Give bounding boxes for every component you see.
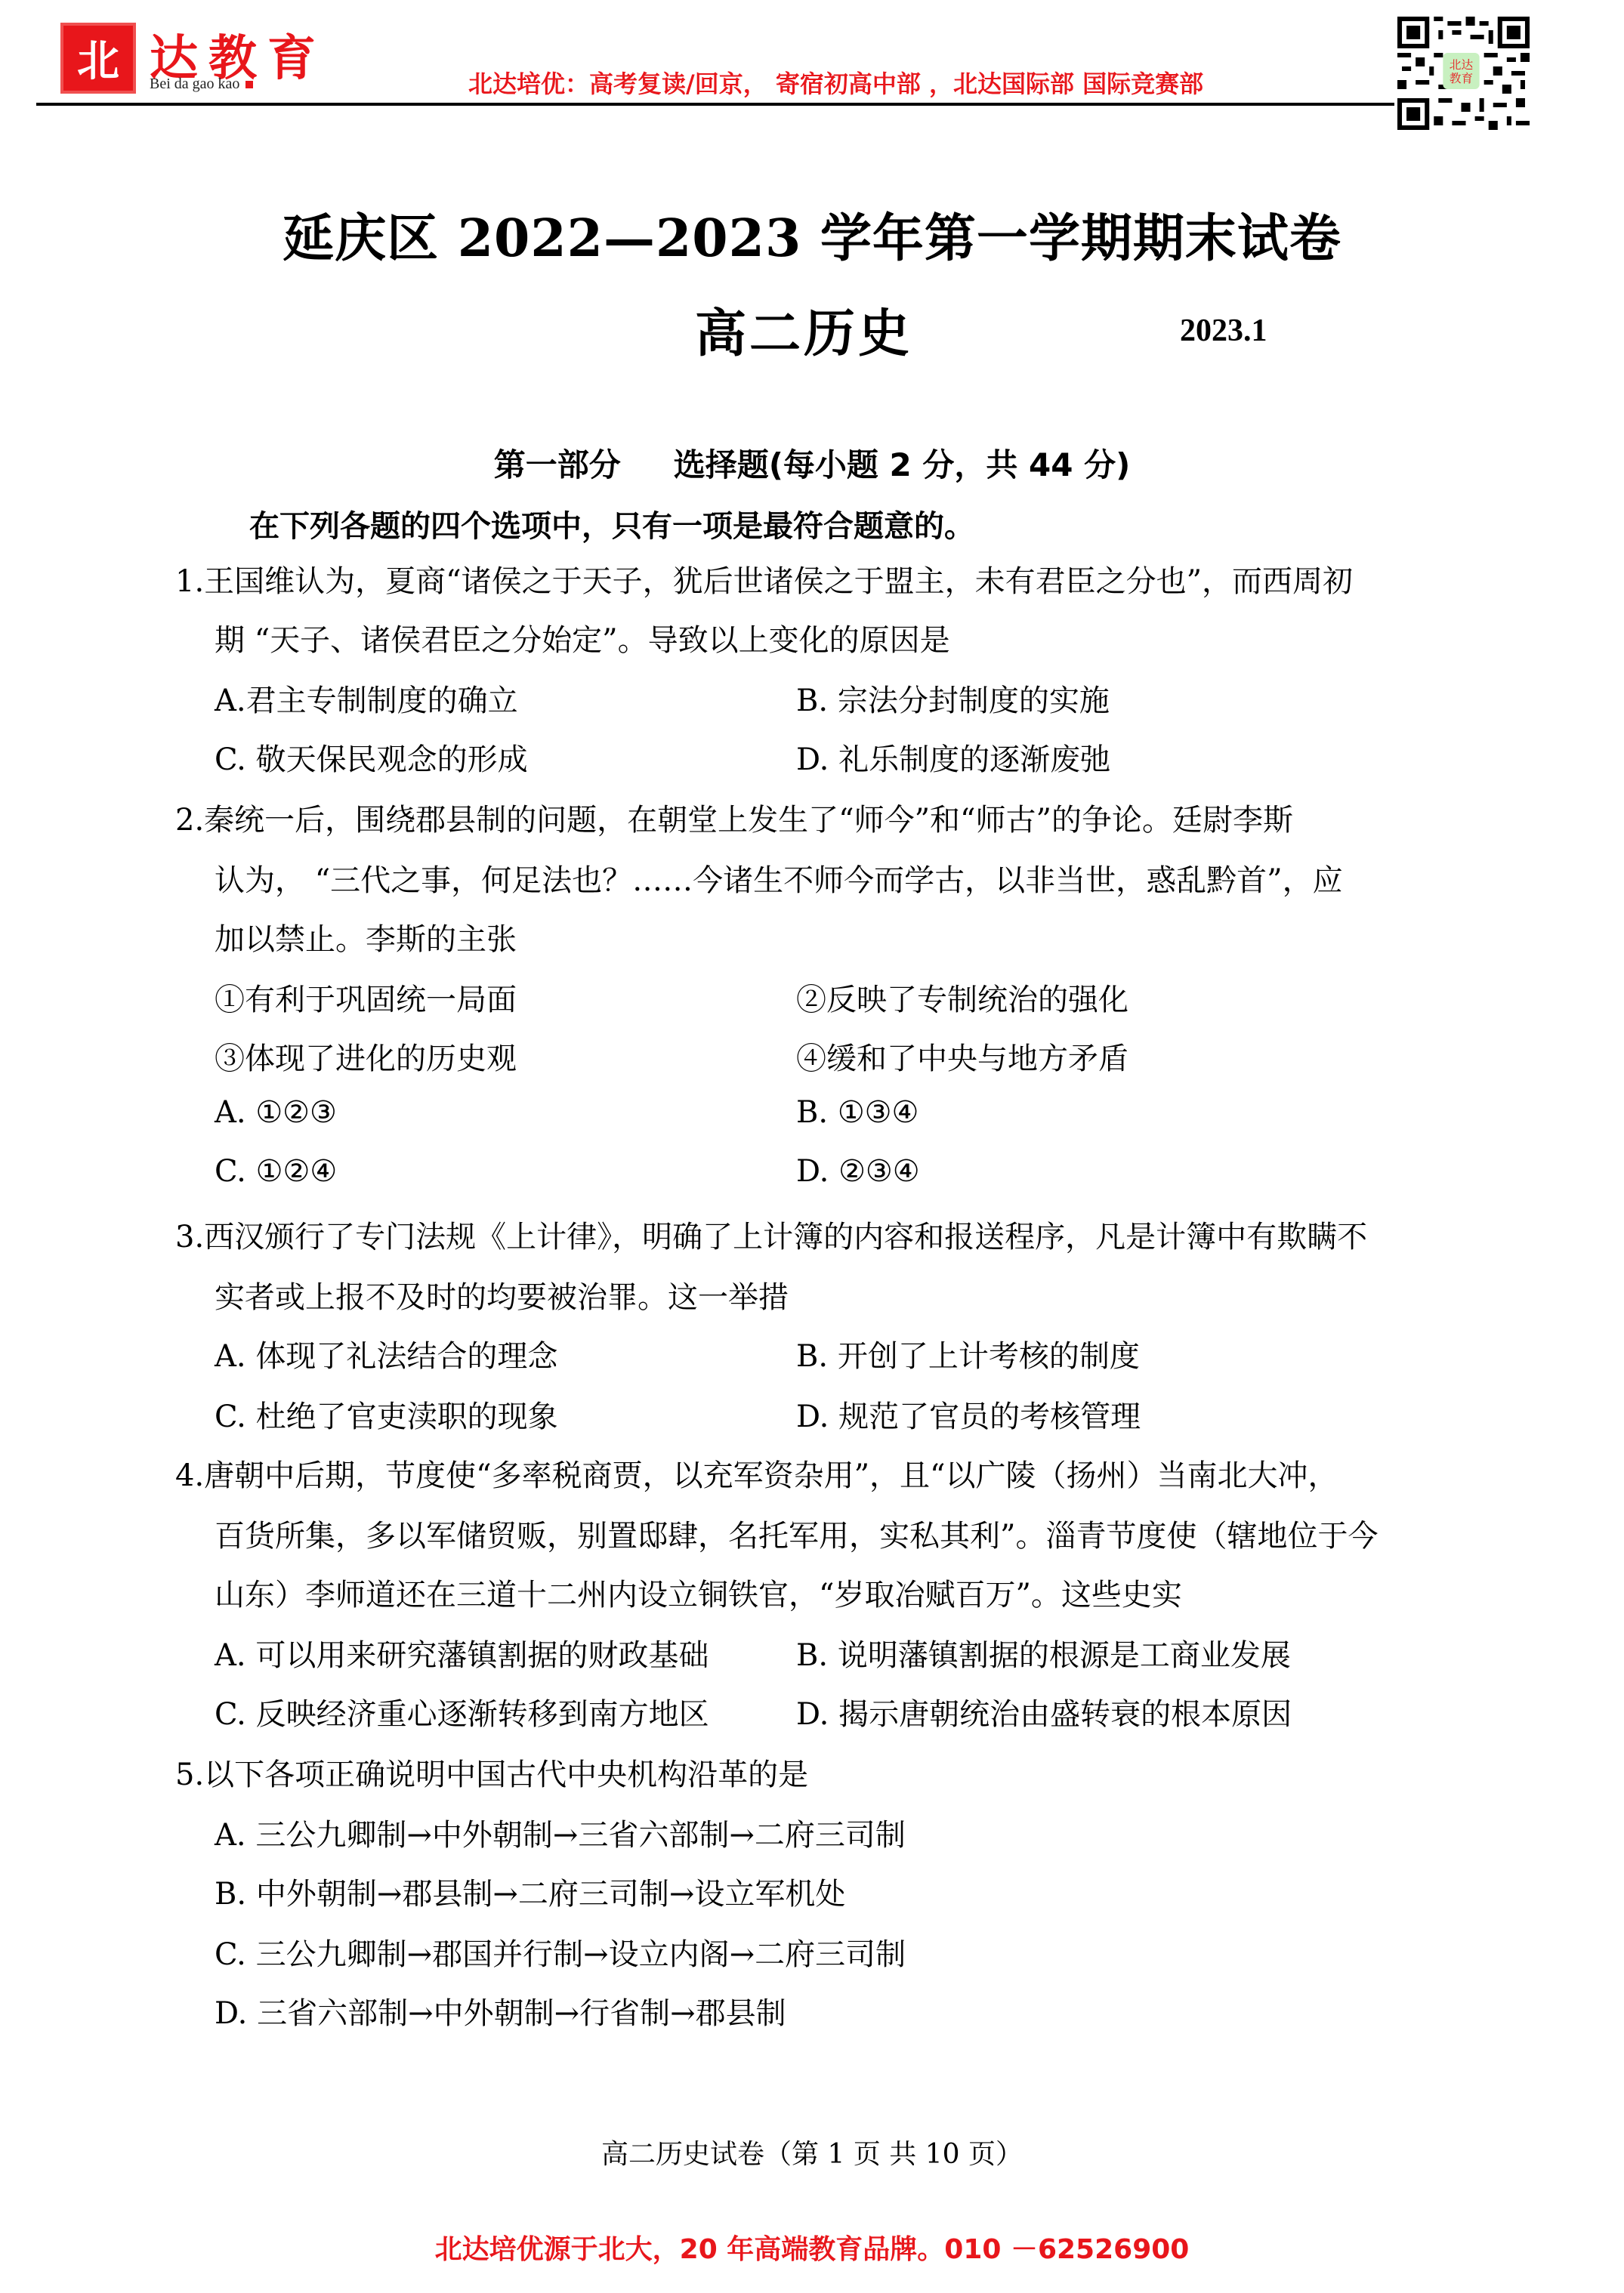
option-d[interactable]: D. 礼乐制度的逐渐废弛 bbox=[796, 736, 1110, 779]
page-number: 高二历史试卷（第 1 页 共 10 页） bbox=[0, 2133, 1624, 2171]
question-stem: 2.秦统一后，围绕郡县制的问题，在朝堂上发生了“师今”和“师古”的争论。廷尉李斯 bbox=[175, 796, 1293, 839]
option-c[interactable]: C. 三公九卿制→郡国并行制→设立内阁→二府三司制 bbox=[215, 1930, 906, 1974]
logo-subtitle: Bei da gao kao bbox=[150, 76, 253, 93]
option-b[interactable]: B. 宗法分封制度的实施 bbox=[796, 677, 1110, 720]
option-c[interactable]: C. 杜绝了官吏渎职的现象 bbox=[215, 1393, 558, 1436]
exam-title: 延庆区 2022—2023 学年第一学期期末试卷 bbox=[0, 198, 1624, 271]
qr-code-graphic: 北达 教育 bbox=[1397, 17, 1530, 130]
svg-text:北达: 北达 bbox=[1450, 57, 1474, 72]
option-d[interactable]: D. 三省六部制→中外朝制→行省制→郡县制 bbox=[215, 1989, 786, 2032]
header-slogan: 北达培优：高考复读/回京， 寄宿初高中部 ，北达国际部 国际竞赛部 bbox=[468, 65, 1203, 100]
question-stem: 山东）李师道还在三道十二州内设立铜铁官，“岁取冶赋百万”。这些史实 bbox=[215, 1571, 1182, 1614]
statement-2: ②反映了专制统治的强化 bbox=[796, 976, 1128, 1019]
question-stem: 5.以下各项正确说明中国古代中央机构沿革的是 bbox=[175, 1751, 808, 1794]
exam-subject: 高二历史 bbox=[695, 293, 912, 366]
option-c[interactable]: C. 反映经济重心逐渐转移到南方地区 bbox=[215, 1690, 709, 1733]
option-d[interactable]: D. ②③④ bbox=[796, 1154, 920, 1189]
brand-logo: 北 达教育 Bei da gao kao bbox=[60, 23, 408, 91]
option-c[interactable]: C. ①②④ bbox=[215, 1154, 337, 1189]
section-label: 选择题(每小题 2 分，共 44 分) bbox=[674, 446, 1131, 483]
question-stem: 1.王国维认为，夏商“诸侯之于天子，犹后世诸侯之于盟主，未有君臣之分也”，而西周… bbox=[175, 557, 1353, 600]
question-stem: 期 “天子、诸侯君臣之分始定”。导致以上变化的原因是 bbox=[215, 616, 950, 659]
logo-subtitle-text: Bei da gao kao bbox=[150, 76, 239, 92]
option-a[interactable]: A. ①②③ bbox=[215, 1095, 337, 1130]
svg-text:教育: 教育 bbox=[1450, 71, 1473, 85]
qr-code-icon: 北达 教育 bbox=[1397, 17, 1530, 130]
instructions: 在下列各题的四个选项中，只有一项是最符合题意的。 bbox=[249, 502, 974, 545]
option-b[interactable]: B. 开创了上计考核的制度 bbox=[796, 1332, 1140, 1375]
question-stem: 加以禁止。李斯的主张 bbox=[215, 915, 517, 958]
statement-1: ①有利于巩固统一局面 bbox=[215, 976, 517, 1019]
option-a[interactable]: A. 可以用来研究藩镇割据的财政基础 bbox=[215, 1631, 709, 1674]
question-stem: 实者或上报不及时的均要被治罪。这一举措 bbox=[215, 1273, 789, 1316]
brand-footer: 北达培优源于北大，20 年高端教育品牌。010 －62526900 bbox=[0, 2228, 1624, 2267]
question-stem: 4.唐朝中后期，节度使“多率税商贾，以充军资杂用”，且“以广陵（扬州）当南北大冲… bbox=[175, 1452, 1338, 1495]
option-b[interactable]: B. 中外朝制→郡县制→二府三司制→设立军机处 bbox=[215, 1870, 845, 1913]
red-square-icon bbox=[245, 81, 253, 88]
option-d[interactable]: D. 规范了官员的考核管理 bbox=[796, 1393, 1141, 1436]
option-b[interactable]: B. 说明藩镇割据的根源是工商业发展 bbox=[796, 1631, 1291, 1674]
question-stem: 认为， “三代之事，何足法也？……今诸生不师今而学古，以非当世，惑乱黔首”，应 bbox=[215, 856, 1343, 900]
option-a[interactable]: A.君主专制制度的确立 bbox=[215, 677, 518, 720]
statement-4: ④缓和了中央与地方矛盾 bbox=[796, 1035, 1128, 1078]
header-divider bbox=[36, 103, 1394, 106]
question-stem: 3.西汉颁行了专门法规《上计律》，明确了上计簿的内容和报送程序，凡是计簿中有欺瞒… bbox=[175, 1213, 1367, 1256]
option-a[interactable]: A. 体现了礼法结合的理念 bbox=[215, 1332, 557, 1375]
option-b[interactable]: B. ①③④ bbox=[796, 1095, 919, 1130]
section-heading: 第一部分选择题(每小题 2 分，共 44 分) bbox=[0, 440, 1624, 486]
exam-date: 2023.1 bbox=[1180, 313, 1267, 349]
option-a[interactable]: A. 三公九卿制→中外朝制→三省六部制→二府三司制 bbox=[215, 1811, 906, 1854]
statement-3: ③体现了进化的历史观 bbox=[215, 1035, 517, 1078]
question-stem: 百货所集，多以军储贸贩，别置邸肆，名托军用，实私其利”。淄青节度使（辖地位于今 bbox=[215, 1512, 1378, 1555]
option-d[interactable]: D. 揭示唐朝统治由盛转衰的根本原因 bbox=[796, 1690, 1292, 1733]
logo-seal: 北 bbox=[60, 23, 136, 94]
option-c[interactable]: C. 敬天保民观念的形成 bbox=[215, 736, 528, 779]
section-part: 第一部分 bbox=[494, 446, 621, 483]
